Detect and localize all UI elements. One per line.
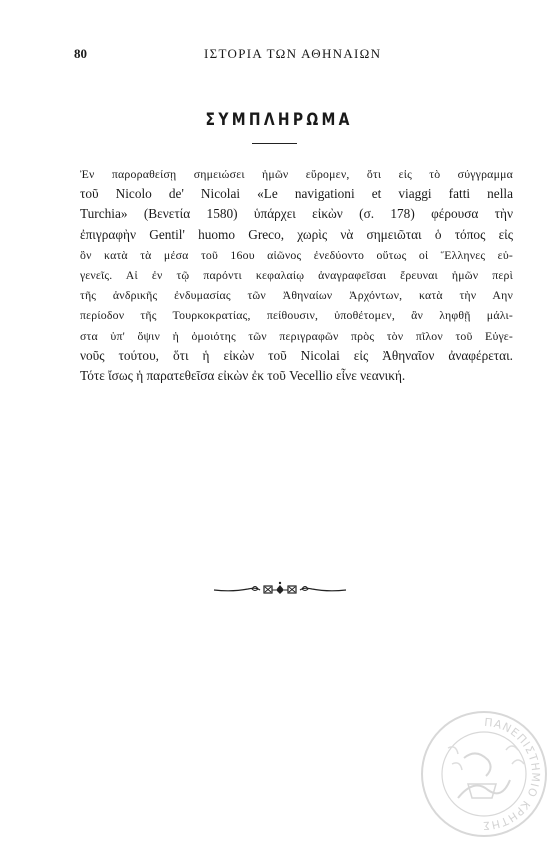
text-line: Turchia» (Βενετία 1580) ὑπάρχει εἰκὼν (σ… bbox=[80, 204, 513, 224]
section-title: ΣΥΜΠΛΗΡΩΜΑ bbox=[51, 110, 508, 130]
decorative-tailpiece-icon bbox=[212, 578, 348, 598]
text-line: Ἐν παρoραθείσῃ σημειώσει ἡμῶν εὕρομεν, ὅ… bbox=[80, 164, 513, 184]
body-paragraph: Ἐν παρoραθείσῃ σημειώσει ἡμῶν εὕρομεν, ὅ… bbox=[80, 164, 513, 386]
svg-text:ΠΑΝΕΠΙΣΤΗΜΙΟ ΚΡΗΤΗΣ: ΠΑΝΕΠΙΣΤΗΜΙΟ ΚΡΗΤΗΣ bbox=[482, 716, 542, 832]
text-line: τοῦ Nicolo de' Nicolai «Le navigationi e… bbox=[80, 184, 513, 204]
text-line: γενεῖς. Αἱ ἐν τῷ παρόντι κεφαλαίῳ ἀναγρα… bbox=[80, 265, 513, 285]
page-number: 80 bbox=[74, 46, 87, 62]
text-line: περίοδον τῆς Τουρκοκρατίας, πείθουσιν, ὑ… bbox=[80, 305, 513, 325]
text-line: ὃν κατὰ τὰ μέσα τοῦ 16ου αἰῶνος ἐνεδύοντ… bbox=[80, 245, 513, 265]
text-line: τῆς ἀνδρικῆς ἐνδυμασίας τῶν Ἀθηναίων Ἀρχ… bbox=[80, 285, 513, 305]
stamp-text: ΠΑΝΕΠΙΣΤΗΜΙΟ ΚΡΗΤΗΣ bbox=[482, 716, 542, 832]
text-line: στα ὑπ' ὄψιν ἡ ὁμοιότης τῶν περιγραφῶν π… bbox=[80, 326, 513, 346]
text-line: Τότε ἴσως ἡ παρατεθεῖσα εἰκὼν ἐκ τοῦ Vec… bbox=[80, 366, 513, 386]
text-line: νοῦς τούτου, ὅτι ἡ εἰκὼν τοῦ Nicolai εἰς… bbox=[80, 346, 513, 366]
title-rule-divider bbox=[252, 143, 297, 144]
text-line: ἐπιγραφὴν Gentil' huomo Greco, χωρὶς νὰ … bbox=[80, 225, 513, 245]
library-stamp-icon: ΠΑΝΕΠΙΣΤΗΜΙΟ ΚΡΗΤΗΣ bbox=[418, 708, 550, 840]
running-header-title: ΙΣΤΟΡΙΑ ΤΩΝ ΑΘΗΝΑΙΩΝ bbox=[204, 46, 381, 62]
